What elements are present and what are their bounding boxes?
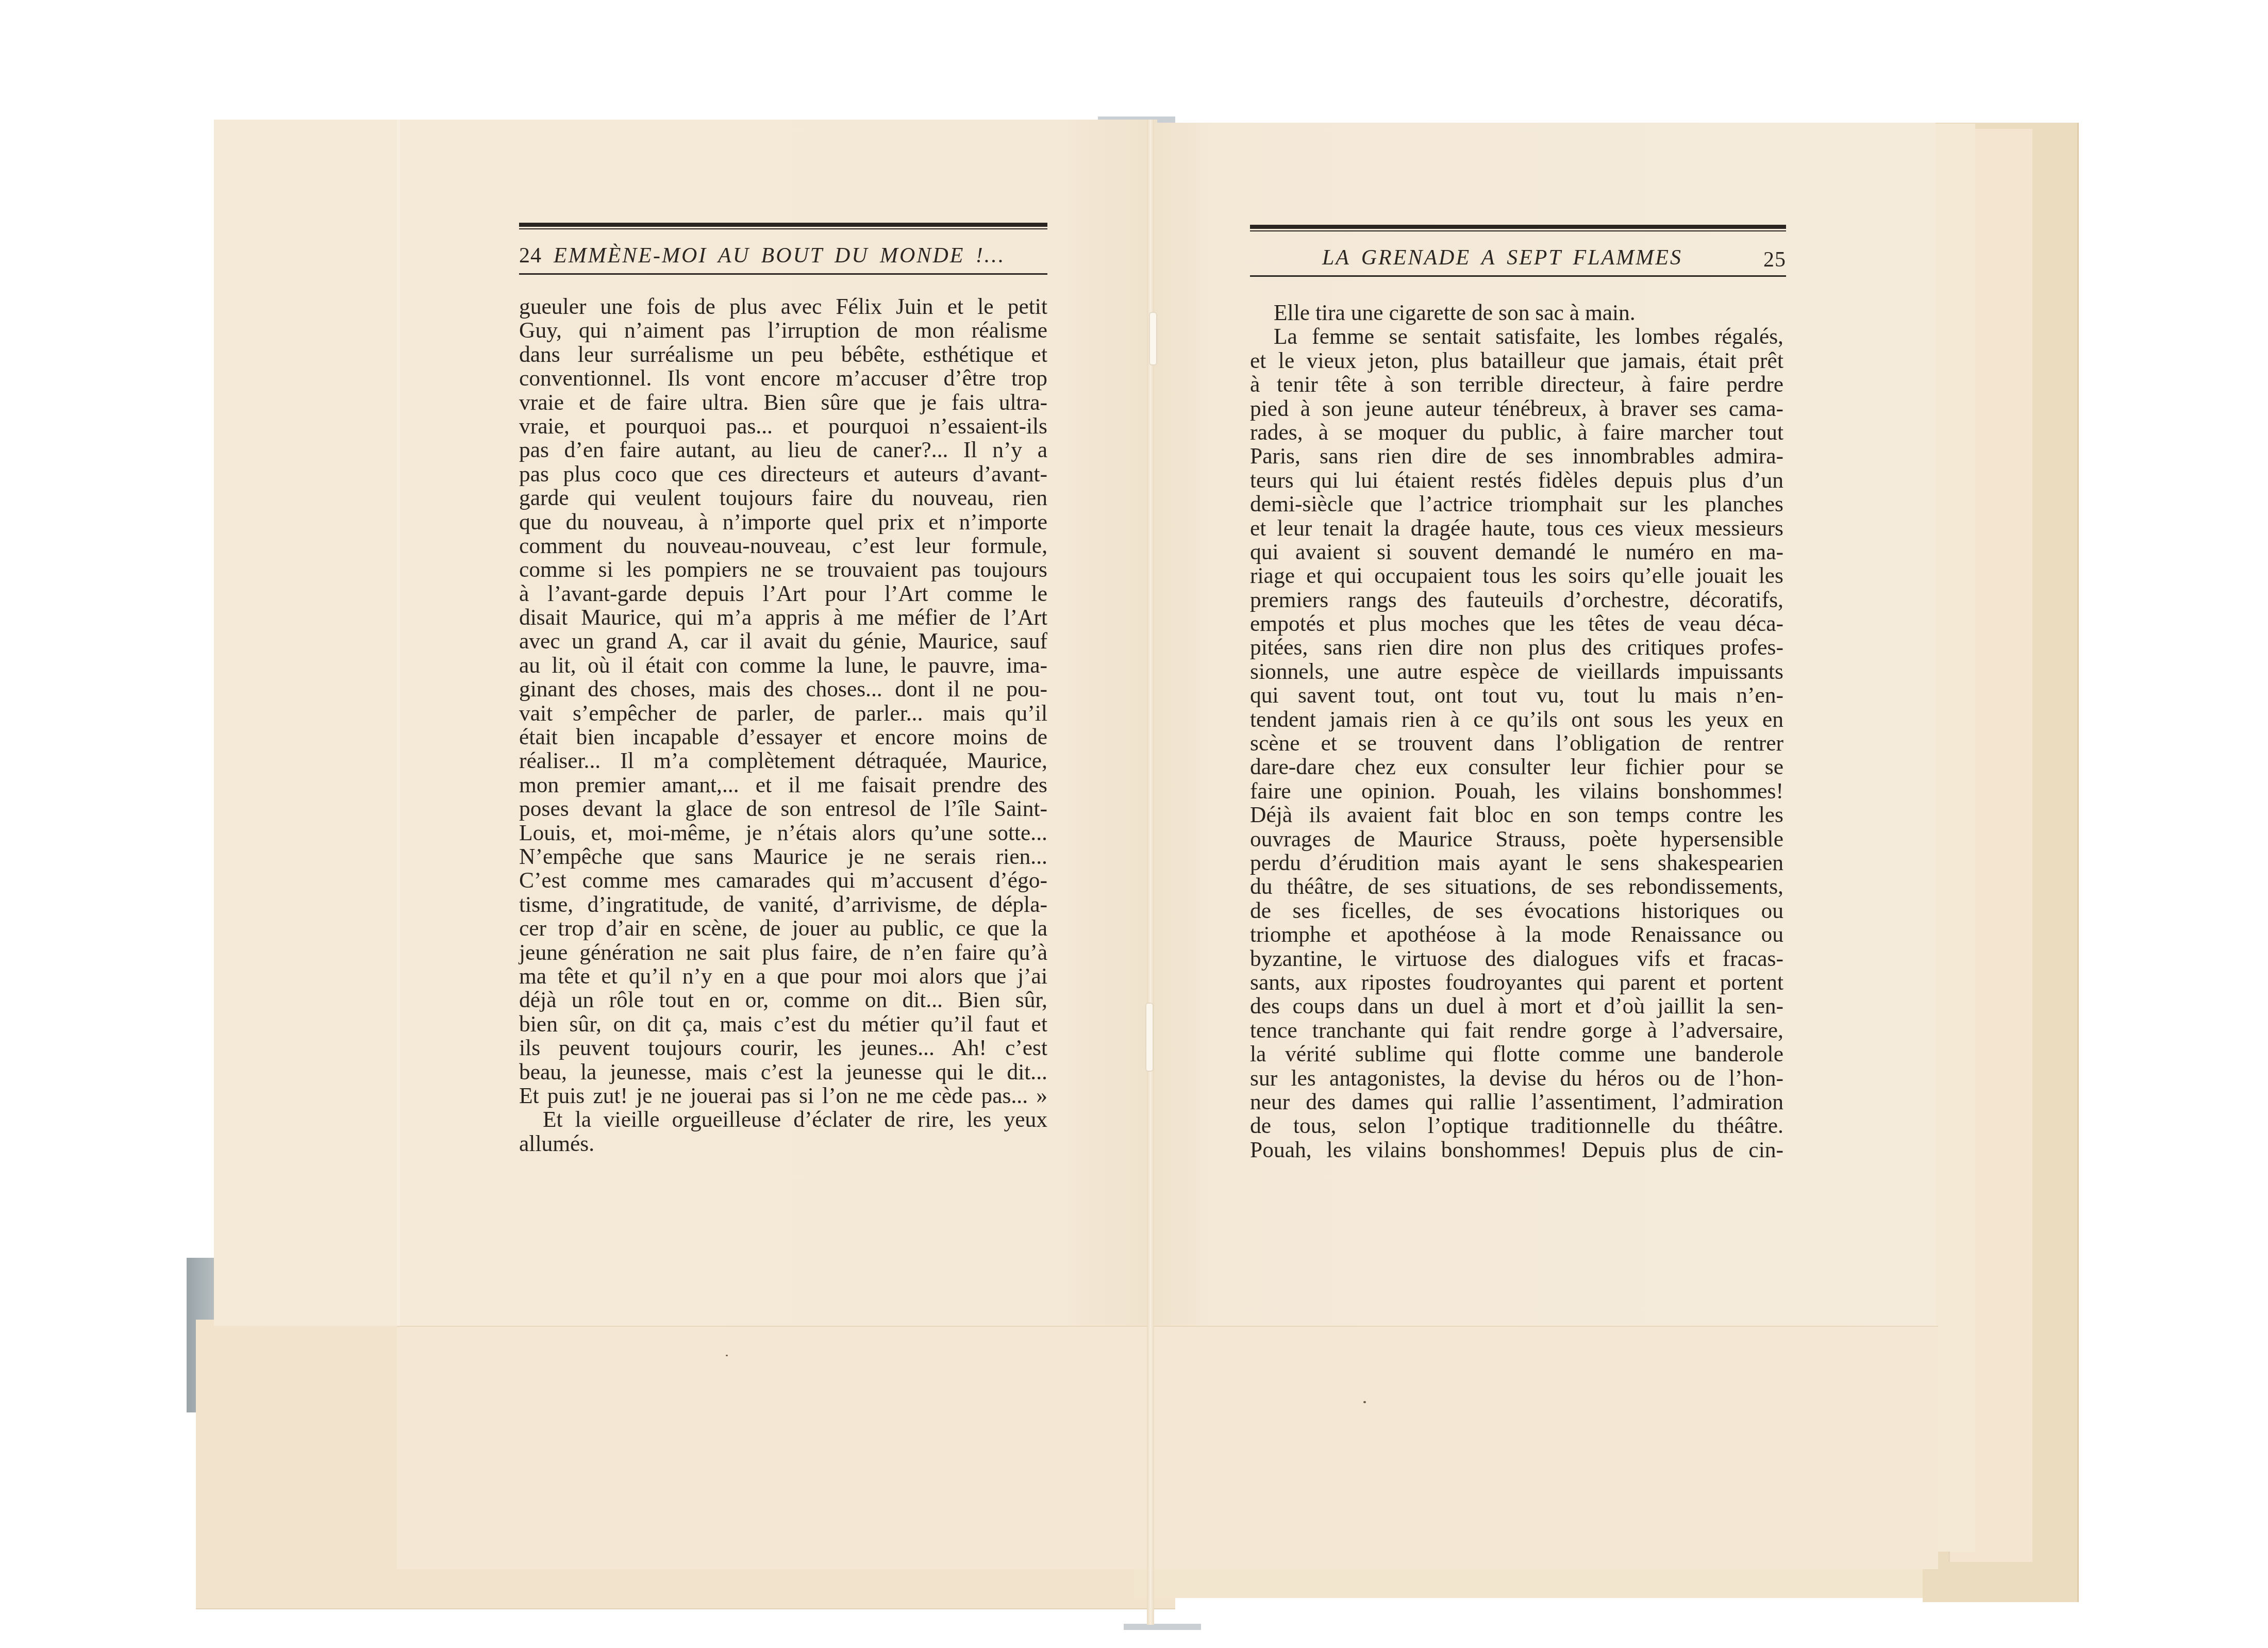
- binding-stitch: [1149, 312, 1157, 365]
- text-line: faire une opinion. Pouah, les vilains bo…: [1250, 779, 1783, 803]
- text-line: à tenir tête à son terrible directeur, à…: [1250, 373, 1783, 396]
- text-line: beau, la jeunesse, mais c’est la jeuness…: [519, 1060, 1047, 1084]
- binding-stitch: [1145, 1003, 1154, 1072]
- header-rule: [1250, 275, 1786, 277]
- text-line: garde qui veulent toujours faire du nouv…: [519, 486, 1047, 510]
- text-line: bien sûr, on dit ça, mais c’est du métie…: [519, 1012, 1047, 1036]
- header-line: 25: [1763, 247, 1786, 272]
- running-header-right: LA GRENADE A SEPT FLAMMES 25: [1250, 225, 1786, 278]
- text-line: N’empêche que sans Maurice je ne serais …: [519, 845, 1047, 869]
- text-line: teurs qui lui étaient restés fidèles dep…: [1250, 469, 1783, 492]
- text-line: qui avaient si souvent demandé le numéro…: [1250, 540, 1783, 564]
- paper-speck: [1363, 1401, 1366, 1403]
- text-line: allumés.: [519, 1132, 1047, 1156]
- text-line: tendent jamais rien à ce qu’ils ont sous…: [1250, 708, 1783, 731]
- text-line: était bien incapable d’essayer et encore…: [519, 725, 1047, 749]
- text-line: au lit, où il était con comme la lune, l…: [519, 654, 1047, 677]
- header-line: 24 EMMÈNE-MOI AU BOUT DU MONDE !...: [519, 243, 1005, 268]
- text-line: rades, à se moquer du public, à faire ma…: [1250, 421, 1783, 444]
- text-line: premiers rangs des fauteuils d’orchestre…: [1250, 588, 1783, 612]
- text-line: à l’avant-garde depuis l’Art pour l’Art …: [519, 582, 1047, 606]
- header-rule: [1250, 230, 1786, 231]
- text-line: ouvrages de Maurice Strauss, poète hyper…: [1250, 827, 1783, 851]
- text-line: mon premier amant,... et il me faisait p…: [519, 773, 1047, 797]
- body-text-right: Elle tira une cigarette de son sac à mai…: [1250, 301, 1783, 1162]
- text-line: scène et se trouvent dans l’obligation d…: [1250, 731, 1783, 755]
- text-line: empotés et plus moches que les têtes de …: [1250, 612, 1783, 636]
- text-line: comment du nouveau-nouveau, c’est leur f…: [519, 534, 1047, 558]
- text-line: triomphe et apothéose à la mode Renaissa…: [1250, 923, 1783, 946]
- text-line: comme si les pompiers ne se trouvaient p…: [519, 558, 1047, 581]
- running-header-left: 24 EMMÈNE-MOI AU BOUT DU MONDE !...: [519, 223, 1047, 276]
- text-line: perdu d’érudition mais ayant le sens sha…: [1250, 851, 1783, 875]
- text-line: la vérité sublime qui flotte comme une b…: [1250, 1042, 1783, 1066]
- text-line: conventionnel. Ils vont encore m’accuser…: [519, 367, 1047, 390]
- text-line: qui savent tout, ont tout vu, tout lu ma…: [1250, 684, 1783, 707]
- text-line: vait s’empêcher de parler, de parler... …: [519, 702, 1047, 725]
- text-line: avec un grand A, car il avait du génie, …: [519, 629, 1047, 653]
- text-line: de tous, selon l’optique traditionnelle …: [1250, 1114, 1783, 1138]
- text-line: dans leur surréalisme un peu bébête, est…: [519, 343, 1047, 367]
- text-line: sants, aux ripostes foudroyantes qui par…: [1250, 971, 1783, 994]
- text-line: de ses ficelles, de ses évocations histo…: [1250, 899, 1783, 923]
- text-line: riage et qui occupaient tous les soirs q…: [1250, 564, 1783, 588]
- text-line: Et puis zut! je ne jouerai pas si l’on n…: [519, 1084, 1047, 1108]
- text-line: C’est comme mes camarades qui m’accusent…: [519, 869, 1047, 892]
- text-line: vraie et de faire ultra. Bien sûre que j…: [519, 391, 1047, 414]
- text-line: Et la vieille orgueilleuse d’éclater de …: [519, 1108, 1047, 1131]
- body-text-left: gueuler une fois de plus avec Félix Juin…: [519, 295, 1047, 1156]
- folded-sheet-lower: [397, 1326, 1938, 1569]
- text-line: neur des dames qui rallie l’assentiment,…: [1250, 1090, 1783, 1114]
- text-line: du théâtre, de ses situations, de ses re…: [1250, 875, 1783, 898]
- text-line: ils peuvent toujours courir, les jeunes.…: [519, 1036, 1047, 1060]
- text-line: ma tête et qu’il n’y en a que pour moi a…: [519, 964, 1047, 988]
- header-line: LA GRENADE A SEPT FLAMMES: [1322, 245, 1682, 270]
- page-number: 24: [519, 244, 542, 268]
- text-line: Louis, et, moi-même, je n’étais alors qu…: [519, 821, 1047, 845]
- text-line: vraie, et pourquoi pas... et pourquoi n’…: [519, 414, 1047, 438]
- text-line: sur les antagonistes, la devise du héros…: [1250, 1067, 1783, 1090]
- page-number: 25: [1763, 248, 1786, 272]
- text-line: disait Maurice, qui m’a appris à me méfi…: [519, 606, 1047, 629]
- text-line: Pouah, les vilains bonshommes! Depuis pl…: [1250, 1138, 1783, 1162]
- header-rule: [519, 228, 1047, 229]
- text-line: Elle tira une cigarette de son sac à mai…: [1250, 301, 1783, 325]
- header-rule: [519, 273, 1047, 275]
- text-line: déjà un rôle tout en or, comme on dit...…: [519, 988, 1047, 1012]
- header-rule: [519, 223, 1047, 227]
- text-line: que du nouveau, à n’importe quel prix et…: [519, 510, 1047, 534]
- text-line: poses devant la glace de son entresol de…: [519, 797, 1047, 821]
- text-line: cer trop d’air en scène, de jouer au pub…: [519, 917, 1047, 940]
- text-line: pas plus coco que ces directeurs et aute…: [519, 462, 1047, 486]
- text-line: pitées, sans rien dire non plus des crit…: [1250, 636, 1783, 659]
- text-line: pied à son jeune auteur ténébreux, à bra…: [1250, 397, 1783, 421]
- text-line: ginant des choses, mais des choses... do…: [519, 677, 1047, 701]
- text-line: dare-dare chez eux consulter leur fichie…: [1250, 755, 1783, 779]
- text-line: Paris, sans rien dire de ses innombrable…: [1250, 444, 1783, 468]
- text-line: des coups dans un duel à mort et d’où ja…: [1250, 994, 1783, 1018]
- page-fold-crease: [397, 120, 400, 1326]
- text-line: et leur tenait la dragée haute, tous ces…: [1250, 517, 1783, 540]
- text-line: byzantine, le virtuose des dialogues vif…: [1250, 947, 1783, 971]
- paper-speck: [726, 1355, 728, 1356]
- running-title: EMMÈNE-MOI AU BOUT DU MONDE !...: [554, 244, 1005, 268]
- text-line: tence tranchante qui fait rendre gorge à…: [1250, 1019, 1783, 1042]
- text-line: Déjà ils avaient fait bloc en son temps …: [1250, 803, 1783, 827]
- book-spine-bottom: [1124, 1624, 1201, 1630]
- header-rule: [1250, 225, 1786, 229]
- text-line: sionnels, une autre espèce de vieillards…: [1250, 660, 1783, 684]
- running-title: LA GRENADE A SEPT FLAMMES: [1322, 246, 1682, 270]
- text-line: réaliser... Il m’a complètement détraqué…: [519, 749, 1047, 773]
- text-line: et le vieux jeton, plus batailleur que j…: [1250, 349, 1783, 373]
- text-line: demi-siècle que l’actrice triomphait sur…: [1250, 492, 1783, 516]
- text-line: jeune génération ne sait plus faire, de …: [519, 941, 1047, 964]
- text-line: pas d’en faire autant, au lieu de caner?…: [519, 438, 1047, 462]
- text-line: gueuler une fois de plus avec Félix Juin…: [519, 295, 1047, 319]
- text-line: La femme se sentait satisfaite, les lomb…: [1250, 325, 1783, 348]
- text-line: Guy, qui n’aiment pas l’irruption de mon…: [519, 319, 1047, 342]
- text-line: tisme, d’ingratitude, de vanité, d’arriv…: [519, 893, 1047, 917]
